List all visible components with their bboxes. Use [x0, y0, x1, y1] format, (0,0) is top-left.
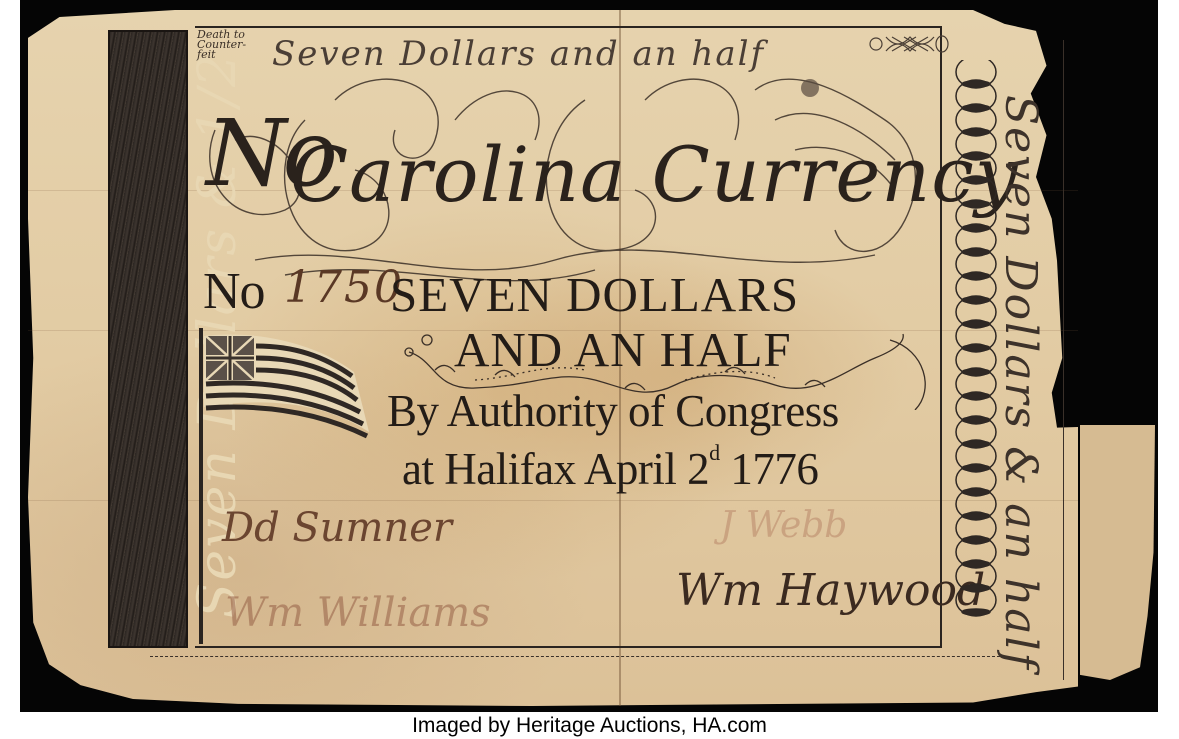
denomination-line-1: SEVEN DOLLARS — [390, 266, 799, 323]
signature-haywood: Wm Haywood — [676, 565, 985, 616]
denomination-line-2: AND AN HALF — [454, 321, 792, 378]
counterfeit-warning: Death to Counter-feit — [197, 30, 257, 60]
flag-pole — [199, 328, 203, 644]
signature-faded: J Webb — [720, 505, 847, 546]
note-bottom-rule — [150, 656, 1000, 657]
lattice-ornament-icon — [868, 33, 950, 55]
issue-place-date: at Halifax April 2 — [402, 444, 709, 494]
grand-union-flag-icon — [204, 332, 369, 452]
torn-paper-flap — [1080, 425, 1155, 680]
note-title: Carolina Currency — [290, 130, 1019, 219]
signature-sumner: Dd Sumner — [222, 505, 452, 551]
left-engraved-band: Seven Dollars & 1/2 — [108, 30, 188, 648]
right-border-text: Seven Dollars & an half — [995, 95, 1045, 655]
issue-date-line: at Halifax April 2d 1776 — [402, 440, 818, 495]
serial-prefix: No — [203, 262, 265, 321]
authority-line: By Authority of Congress — [387, 385, 839, 437]
issue-date-suffix: d — [709, 440, 720, 465]
issue-year: 1776 — [730, 444, 818, 494]
signature-williams: Wm Williams — [225, 590, 491, 636]
image-credit-caption: Imaged by Heritage Auctions, HA.com — [0, 712, 1179, 739]
right-border-rule — [1063, 40, 1064, 680]
top-script-denomination: Seven Dollars and an half — [272, 34, 765, 74]
serial-number: 1750 — [284, 262, 404, 313]
chain-border-ornament — [951, 60, 1001, 620]
